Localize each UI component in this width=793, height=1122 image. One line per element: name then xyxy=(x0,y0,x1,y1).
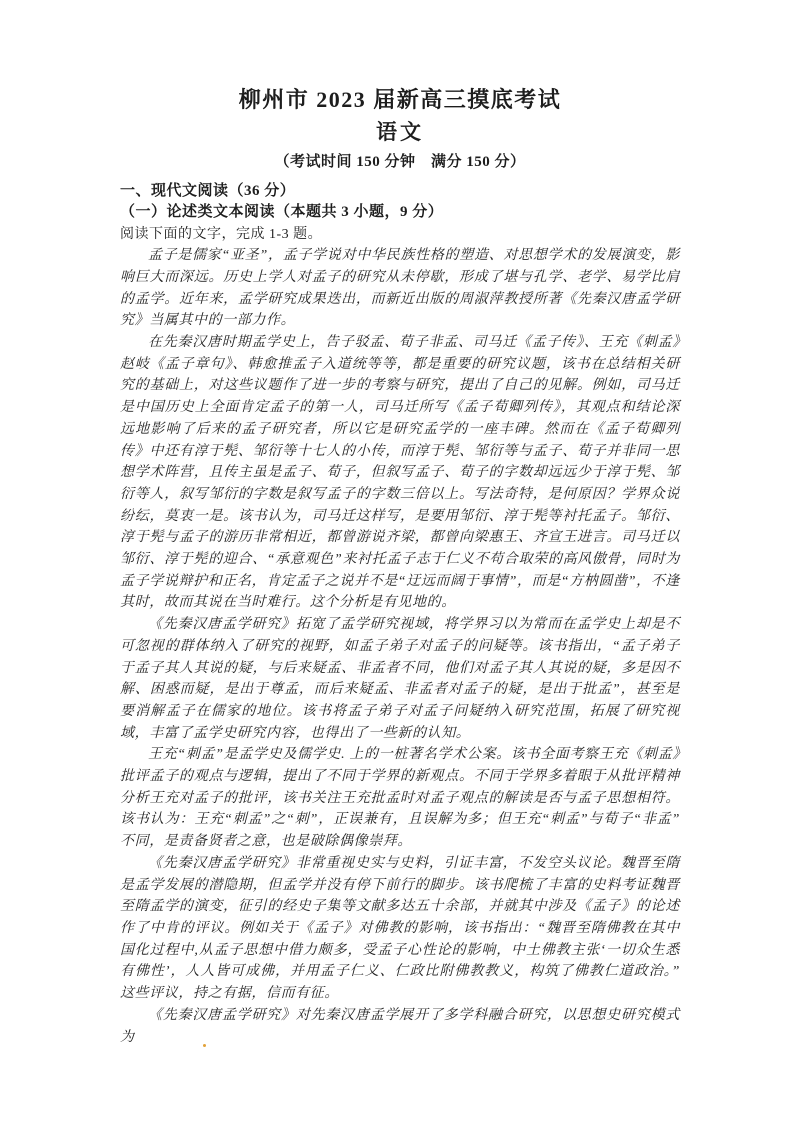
passage-paragraph: 《先秦汉唐孟学研究》非常重视史实与史料，引证丰富，不发空头议论。魏晋至隋是孟学发… xyxy=(120,853,680,1005)
passage-paragraph: 《先秦汉唐孟学研究》对先秦汉唐孟学展开了多学科融合研究，以思想史研究模式为 xyxy=(120,1005,680,1048)
reading-instruction: 阅读下面的文字，完成 1-3 题。 xyxy=(120,224,680,246)
scan-artifact-dot xyxy=(203,1044,206,1047)
passage-paragraph: 在先秦汉唐时期孟学史上，告子驳孟、荀子非孟、司马迁《孟子传》、王充《刺孟》赵岐《… xyxy=(120,332,680,614)
subsection-heading: （一）论述类文本阅读（本题共 3 小题，9 分） xyxy=(120,202,680,224)
subject-title: 语文 xyxy=(120,116,680,149)
exam-paper-page: 柳州市 2023 届新高三摸底考试 语文 （考试时间 150 分钟 满分 150… xyxy=(0,0,793,1122)
page-title: 柳州市 2023 届新高三摸底考试 xyxy=(120,84,680,116)
passage-paragraph: 孟子是儒家“亚圣”，孟子学说对中华民族性格的塑造、对思想学术的发展演变，影响巨大… xyxy=(120,245,680,332)
exam-info-line: （考试时间 150 分钟 满分 150 分） xyxy=(120,149,680,176)
reading-passage: 孟子是儒家“亚圣”，孟子学说对中华民族性格的塑造、对思想学术的发展演变，影响巨大… xyxy=(120,245,680,1048)
section-heading: 一、现代文阅读（36 分） xyxy=(120,181,680,202)
passage-paragraph: 《先秦汉唐孟学研究》拓宽了孟学研究视域，将学界习以为常而在孟学史上却是不可忽视的… xyxy=(120,614,680,744)
passage-paragraph: 王充“刺孟”是孟学史及儒学史. 上的一桩著名学术公案。该书全面考察王充《刺孟》批… xyxy=(120,744,680,853)
